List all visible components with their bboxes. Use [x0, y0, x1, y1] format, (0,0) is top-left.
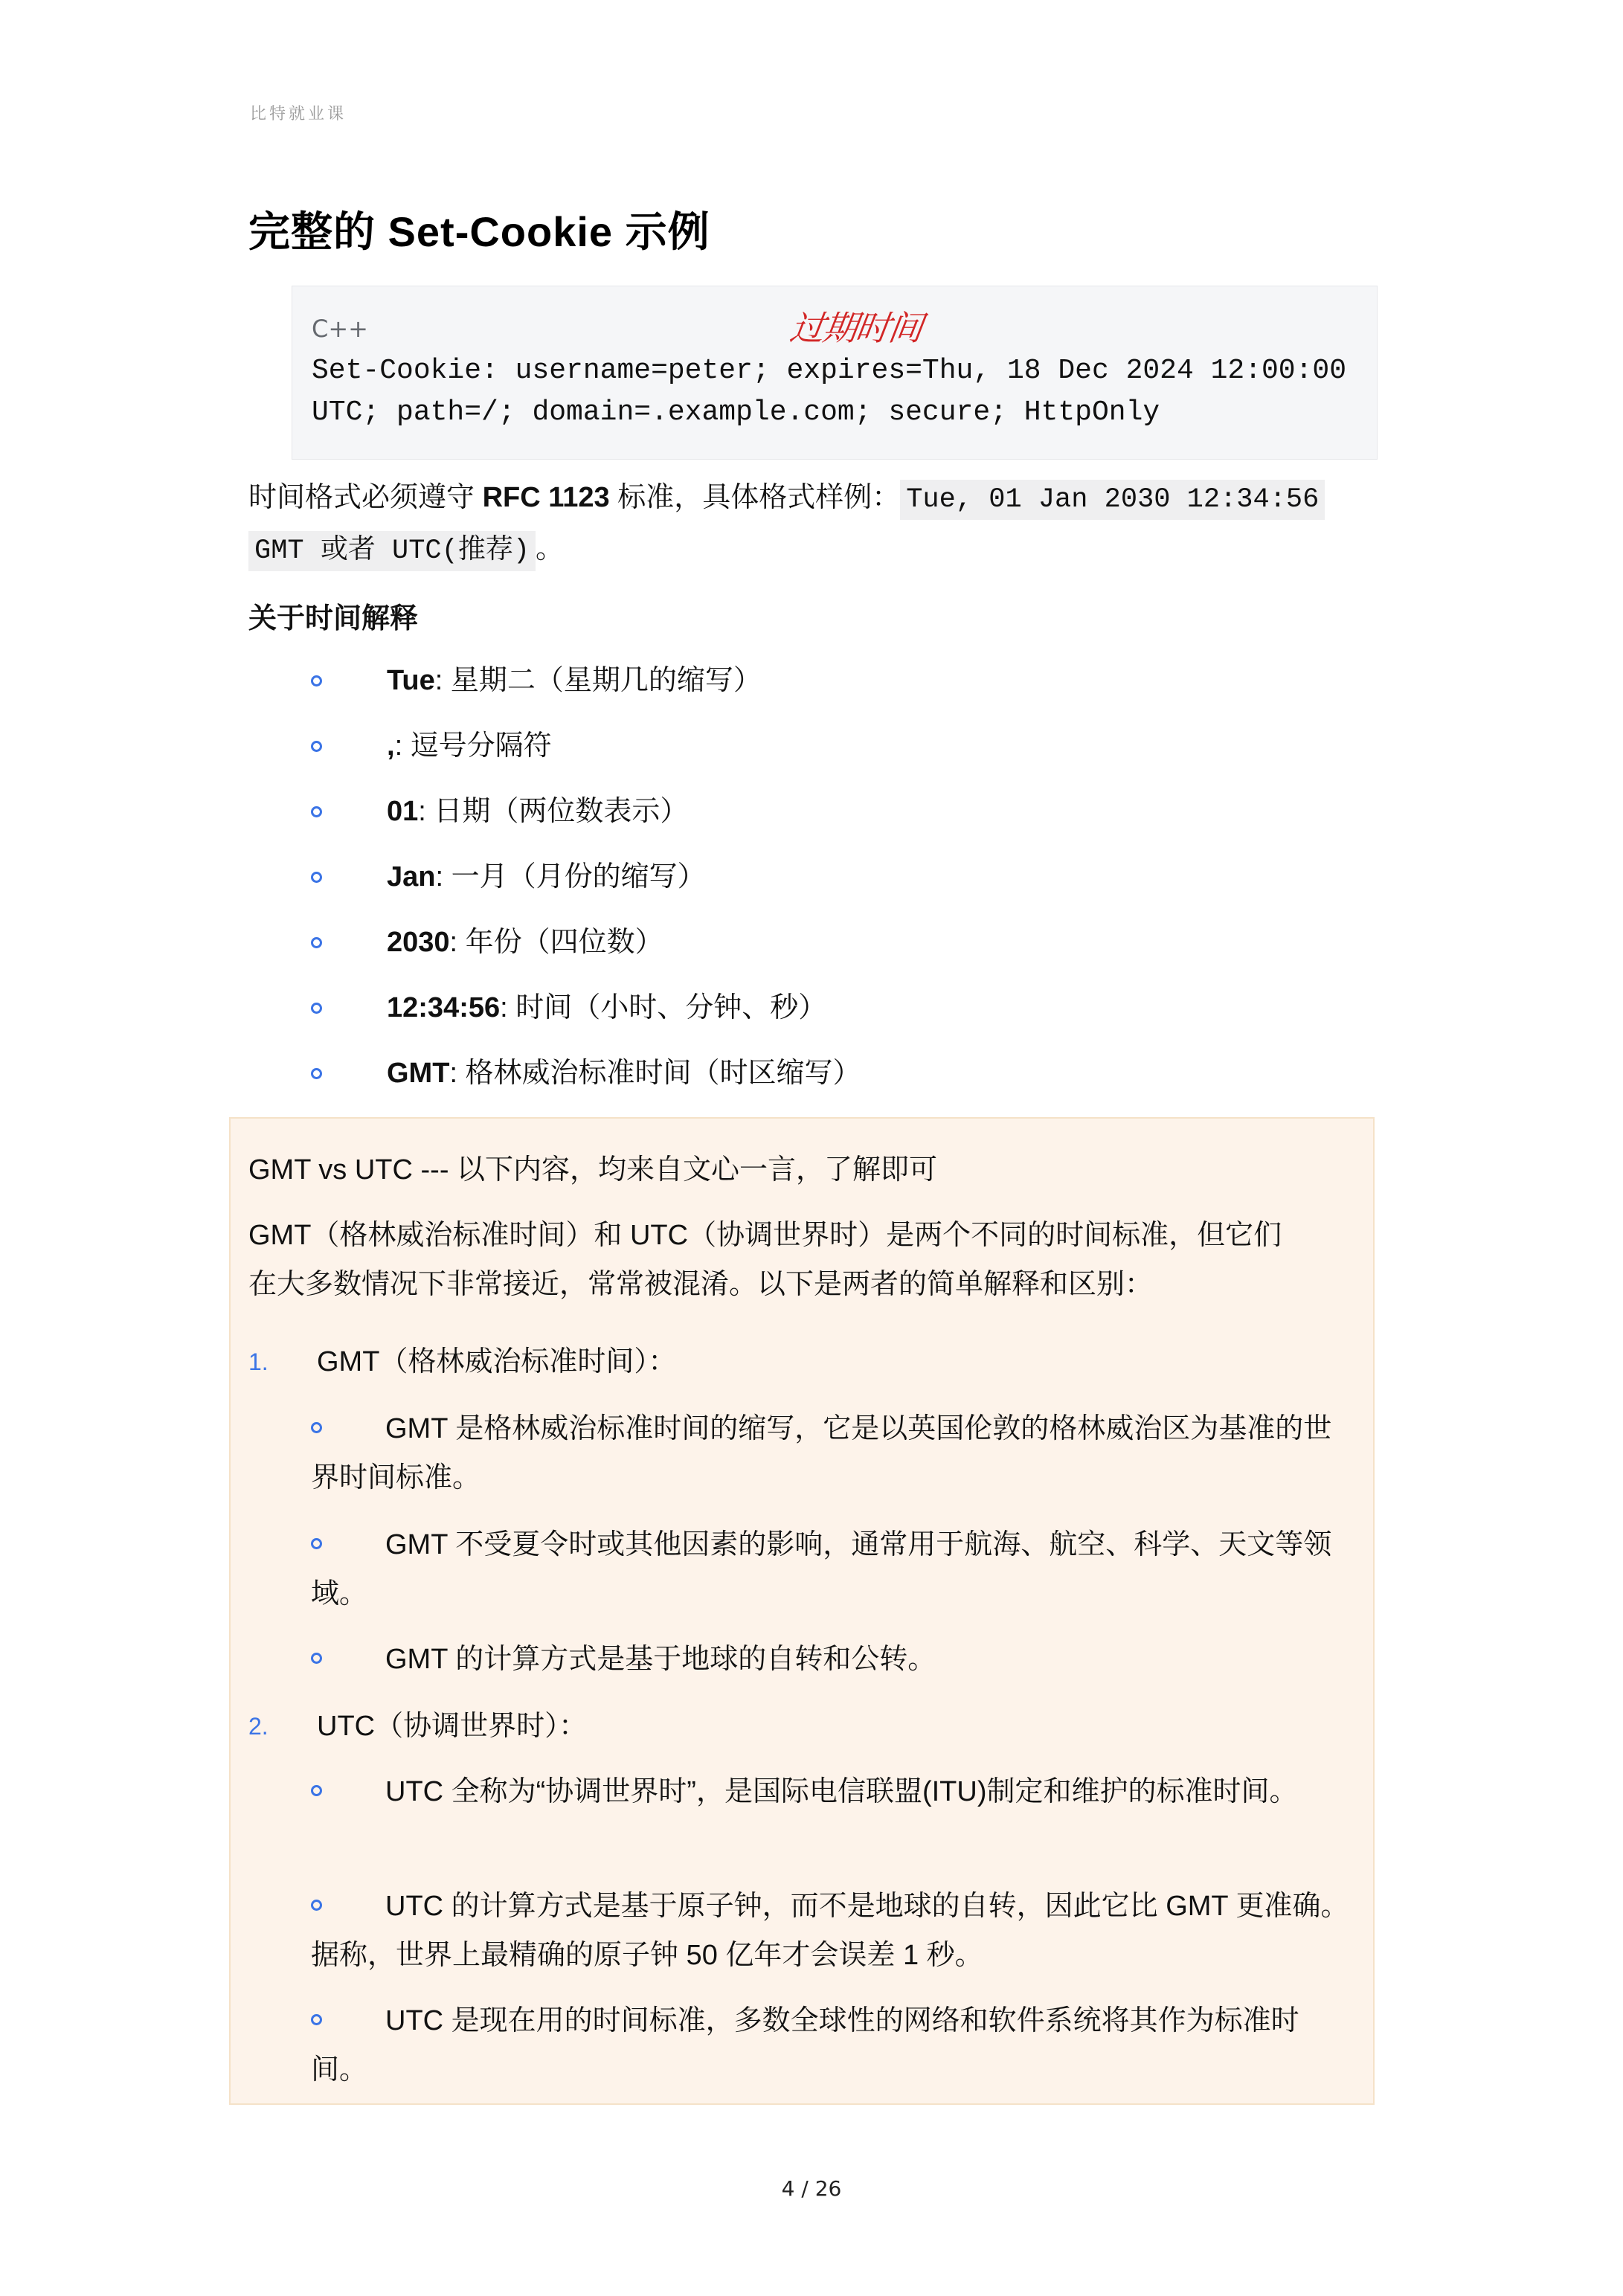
page-number: 4 / 26	[0, 2176, 1623, 2201]
list-item: 12:34:56: 时间（小时、分钟、秒）	[248, 983, 1364, 1049]
sub-list-item: UTC 是现在用的时间标准，多数全球性的网络和软件系统将其作为标准时间。	[311, 1996, 1352, 2094]
sub-list-item: GMT 不受夏令时或其他因素的影响，通常用于航海、航空、科学、天文等领域。	[311, 1520, 1352, 1618]
time-explanation-list: Tue: 星期二（星期几的缩写） ,: 逗号分隔符 01: 日期（两位数表示） …	[248, 656, 1364, 1114]
point-text: GMT 不受夏令时或其他因素的影响，通常用于航海、航空、科学、天文等领域。	[311, 1520, 1352, 1618]
callout-intro: GMT（格林威治标准时间）和 UTC（协调世界时）是两个不同的时间标准，但它们 …	[248, 1211, 1357, 1309]
code-line: Set-Cookie: username=peter; expires=Thu,…	[312, 355, 1346, 387]
point-text: UTC 的计算方式是基于原子钟，而不是地球的自转，因此它比 GMT 更准确。据称…	[311, 1882, 1352, 1980]
term: 01	[387, 796, 418, 827]
term: GMT	[387, 1058, 449, 1089]
hollow-bullet-icon	[311, 1653, 322, 1664]
rfc-middle: 标准，具体格式样例：	[610, 482, 901, 513]
hollow-bullet-icon	[311, 1068, 322, 1079]
term-desc: : 星期二（星期几的缩写）	[435, 665, 762, 696]
term-desc: : 格林威治标准时间（时区缩写）	[449, 1058, 861, 1089]
hollow-bullet-icon	[311, 872, 322, 883]
inline-code-zone: GMT 或者 UTC(推荐)	[248, 531, 536, 571]
term-desc: : 时间（小时、分钟、秒）	[500, 992, 826, 1023]
handwritten-annotation: 过期时间	[791, 297, 969, 356]
hollow-bullet-icon	[311, 1422, 322, 1433]
code-language-label: C++	[312, 315, 368, 343]
list-item: Tue: 星期二（星期几的缩写）	[248, 656, 1364, 721]
term: Tue	[387, 665, 435, 696]
code-block: C++ 过期时间 Set-Cookie: username=peter; exp…	[292, 286, 1378, 460]
callout-intro-line: 在大多数情况下非常接近，常常被混淆。以下是两者的简单解释和区别：	[248, 1269, 1153, 1300]
rfc-prefix: 时间格式必须遵守	[248, 482, 483, 513]
hollow-bullet-icon	[311, 937, 322, 948]
sub-list-item: GMT 的计算方式是基于地球的自转和公转。	[311, 1635, 1352, 1684]
callout-title: GMT vs UTC --- 以下内容，均来自文心一言，了解即可	[248, 1145, 1357, 1194]
rfc-bold: RFC 1123	[483, 482, 610, 513]
gmt-vs-utc-callout: GMT vs UTC --- 以下内容，均来自文心一言，了解即可 GMT（格林威…	[229, 1117, 1375, 2105]
header-brand: 比特就业课	[250, 101, 347, 124]
term: Jan	[387, 861, 435, 893]
section-heading: GMT（格林威治标准时间）：	[317, 1337, 676, 1386]
term-desc: : 日期（两位数表示）	[418, 796, 688, 827]
point-text: GMT 的计算方式是基于地球的自转和公转。	[311, 1635, 1352, 1684]
term: 12:34:56	[387, 992, 500, 1023]
inline-code-date: Tue, 01 Jan 2030 12:34:56	[900, 480, 1325, 520]
sub-list-item: GMT 是格林威治标准时间的缩写，它是以英国伦敦的格林威治区为基准的世界时间标准…	[311, 1404, 1352, 1502]
page-title: 完整的 Set-Cookie 示例	[248, 199, 710, 259]
point-text: UTC 是现在用的时间标准，多数全球性的网络和软件系统将其作为标准时间。	[311, 1996, 1352, 2094]
list-item: 2030: 年份（四位数）	[248, 918, 1364, 983]
list-item: ,: 逗号分隔符	[248, 721, 1364, 787]
code-line: UTC; path=/; domain=.example.com; secure…	[312, 396, 1160, 428]
hollow-bullet-icon	[311, 1003, 322, 1014]
rfc-paragraph: 时间格式必须遵守 RFC 1123 标准，具体格式样例：Tue, 01 Jan …	[248, 473, 1379, 576]
list-number: 2.	[248, 1702, 269, 1751]
term-desc: : 一月（月份的缩写）	[435, 861, 705, 893]
hollow-bullet-icon	[311, 1900, 322, 1911]
section-heading: UTC（协调世界时）：	[317, 1702, 587, 1751]
time-section-heading: 关于时间解释	[248, 595, 418, 636]
hollow-bullet-icon	[311, 1538, 322, 1549]
list-item: 01: 日期（两位数表示）	[248, 787, 1364, 852]
list-number: 1.	[248, 1337, 269, 1386]
hollow-bullet-icon	[311, 1785, 322, 1796]
hollow-bullet-icon	[311, 2014, 322, 2025]
callout-intro-line: GMT（格林威治标准时间）和 UTC（协调世界时）是两个不同的时间标准，但它们	[248, 1220, 1282, 1251]
term-desc: : 逗号分隔符	[395, 730, 552, 762]
hollow-bullet-icon	[311, 806, 322, 817]
hollow-bullet-icon	[311, 675, 322, 686]
annotation-text: 过期时间	[787, 301, 925, 350]
point-text: UTC 全称为“协调世界时”，是国际电信联盟(ITU)制定和维护的标准时间。	[311, 1767, 1352, 1816]
list-item: GMT: 格林威治标准时间（时区缩写）	[248, 1049, 1364, 1114]
rfc-suffix: 。	[536, 533, 564, 565]
sub-list-item: UTC 全称为“协调世界时”，是国际电信联盟(ITU)制定和维护的标准时间。	[311, 1767, 1352, 1816]
hollow-bullet-icon	[311, 741, 322, 752]
point-text: GMT 是格林威治标准时间的缩写，它是以英国伦敦的格林威治区为基准的世界时间标准…	[311, 1404, 1352, 1502]
term: 2030	[387, 927, 450, 958]
list-item: Jan: 一月（月份的缩写）	[248, 852, 1364, 918]
term: ,	[387, 730, 395, 762]
term-desc: : 年份（四位数）	[450, 927, 663, 958]
sub-list-item: UTC 的计算方式是基于原子钟，而不是地球的自转，因此它比 GMT 更准确。据称…	[311, 1882, 1352, 1980]
